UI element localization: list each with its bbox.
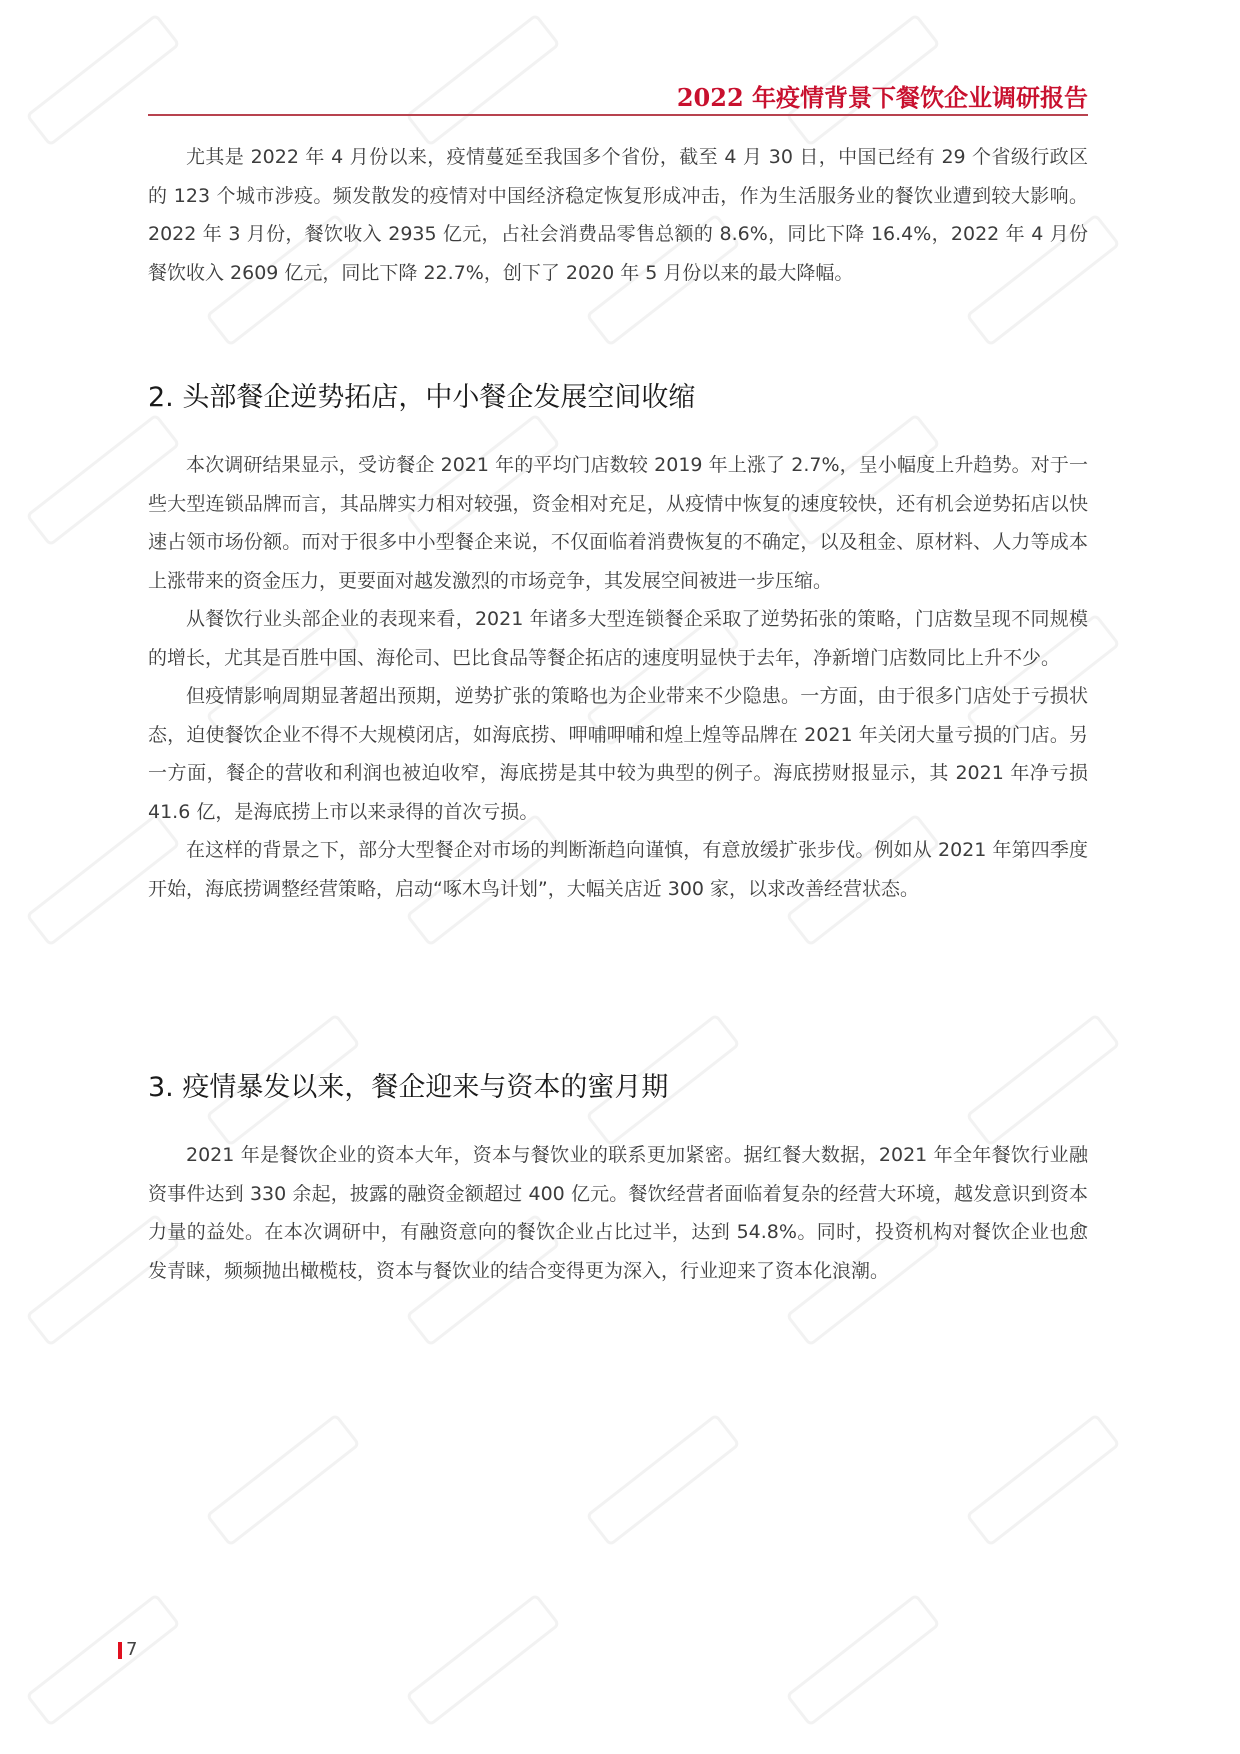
- body-paragraph: 本次调研结果显示，受访餐企 2021 年的平均门店数较 2019 年上涨了 2.…: [148, 446, 1088, 600]
- section-heading: 3. 疫情暴发以来，餐企迎来与资本的蜜月期: [148, 1068, 1088, 1108]
- watermark-stamp: [25, 1593, 180, 1727]
- watermark-stamp: [965, 1413, 1120, 1547]
- section-3: 3. 疫情暴发以来，餐企迎来与资本的蜜月期 2021 年是餐饮企业的资本大年，资…: [148, 1068, 1088, 1290]
- section-heading: 2. 头部餐企逆势拓店，中小餐企发展空间收缩: [148, 378, 1088, 418]
- report-title: 2022 年疫情背景下餐饮企业调研报告: [677, 78, 1088, 113]
- intro-block: 尤其是 2022 年 4 月份以来，疫情蔓延至我国多个省份，截至 4 月 30 …: [148, 138, 1088, 292]
- section-2: 2. 头部餐企逆势拓店，中小餐企发展空间收缩 本次调研结果显示，受访餐企 202…: [148, 378, 1088, 908]
- body-paragraph: 2021 年是餐饮企业的资本大年，资本与餐饮业的联系更加紧密。据红餐大数据，20…: [148, 1136, 1088, 1290]
- intro-paragraph: 尤其是 2022 年 4 月份以来，疫情蔓延至我国多个省份，截至 4 月 30 …: [148, 138, 1088, 292]
- watermark-stamp: [405, 1593, 560, 1727]
- body-paragraph: 在这样的背景之下，部分大型餐企对市场的判断渐趋向谨慎，有意放缓扩张步伐。例如从 …: [148, 831, 1088, 908]
- page-number: 7: [126, 1640, 137, 1660]
- header-divider: [148, 114, 1088, 116]
- body-paragraph: 从餐饮行业头部企业的表现来看，2021 年诸多大型连锁餐企采取了逆势拓张的策略，…: [148, 600, 1088, 677]
- watermark-stamp: [785, 1593, 940, 1727]
- running-header: 2022 年疫情背景下餐饮企业调研报告: [148, 72, 1088, 116]
- body-paragraph: 但疫情影响周期显著超出预期，逆势扩张的策略也为企业带来不少隐患。一方面，由于很多…: [148, 677, 1088, 831]
- watermark-stamp: [205, 1413, 360, 1547]
- page-footer: 7: [118, 1640, 137, 1660]
- watermark-stamp: [585, 1413, 740, 1547]
- footer-accent-bar: [118, 1642, 122, 1659]
